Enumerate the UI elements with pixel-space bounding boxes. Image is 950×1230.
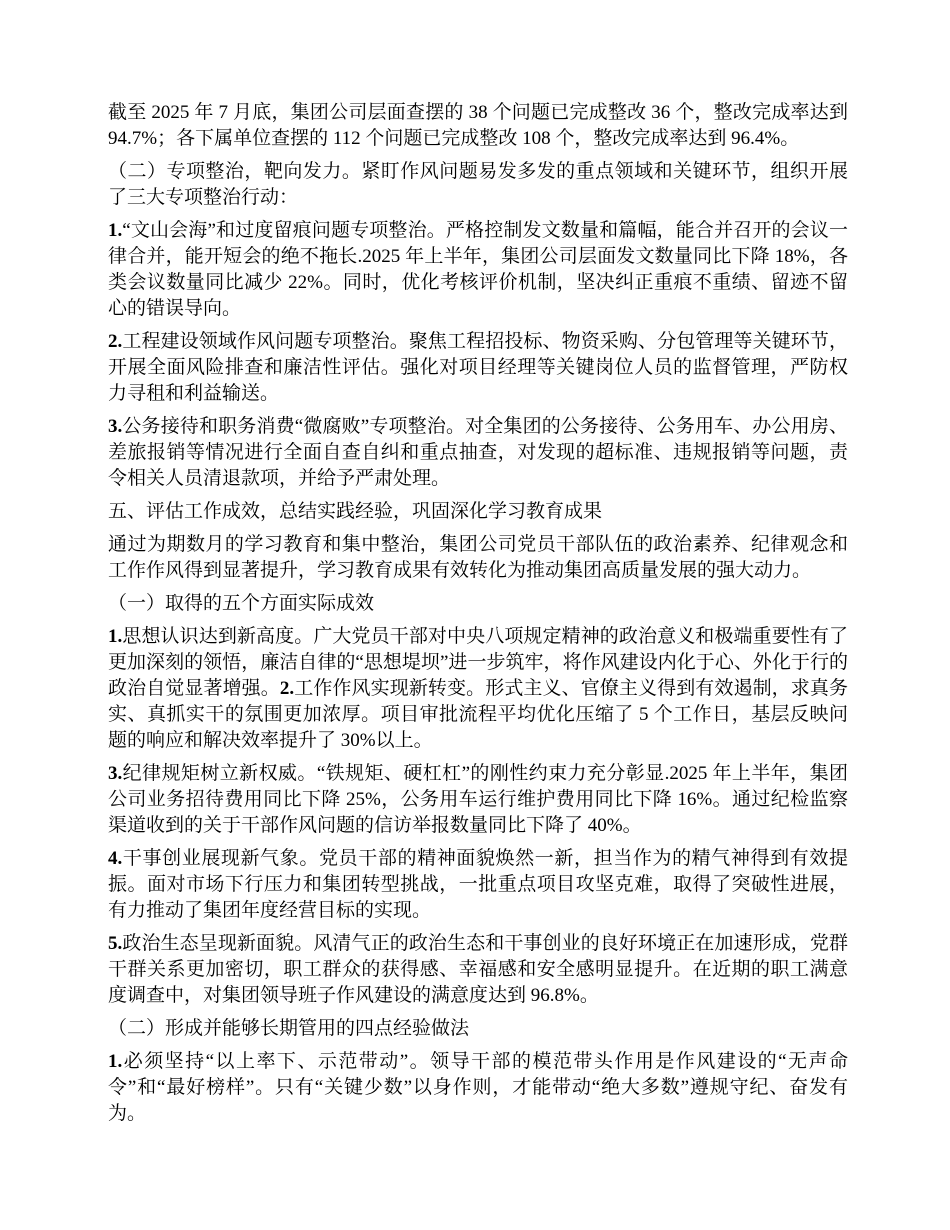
document-paragraph: 1.“文山会海”和过度留痕问题专项整治。严格控制发文数量和篇幅，能合并召开的会议… <box>108 218 848 322</box>
document-paragraph: 截至 2025 年 7 月底，集团公司层面查摆的 38 个问题已完成整改 36 … <box>108 100 848 152</box>
document-paragraph: 通过为期数月的学习教育和集中整治，集团公司党员干部队伍的政治素养、纪律观念和工作… <box>108 532 848 584</box>
text-run: （二）专项整治，靶向发力。紧盯作风问题易发多发的重点领域和关键环节，组织开展了三… <box>108 161 848 208</box>
bold-text-run: 4. <box>108 848 122 869</box>
document-paragraph: 5.政治生态呈现新面貌。风清气正的政治生态和干事创业的良好环境正在加速形成，党群… <box>108 931 848 1009</box>
document-heading-2: （二）专项整治，靶向发力。紧盯作风问题易发多发的重点领域和关键环节，组织开展了三… <box>108 159 848 211</box>
text-run: 必须坚持“以上率下、示范带动”。领导干部的模范带头作用是作风建设的“无声命令”和… <box>108 1051 848 1124</box>
text-run: 干事创业展现新气象。党员干部的精神面貌焕然一新，担当作为的精气神得到有效提振。面… <box>108 848 848 921</box>
document-paragraph: 4.干事创业展现新气象。党员干部的精神面貌焕然一新，担当作为的精气神得到有效提振… <box>108 846 848 924</box>
document-paragraph: 2.工程建设领域作风问题专项整治。聚焦工程招投标、物资采购、分包管理等关键环节，… <box>108 329 848 407</box>
bold-text-run: 2. <box>108 331 122 352</box>
bold-text-run: 3. <box>108 763 122 784</box>
text-run: 截至 2025 年 7 月底，集团公司层面查摆的 38 个问题已完成整改 36 … <box>108 102 848 149</box>
document-content: 截至 2025 年 7 月底，集团公司层面查摆的 38 个问题已完成整改 36 … <box>108 100 848 1134</box>
bold-text-run: 5. <box>108 933 122 954</box>
document-paragraph: 3.纪律规矩树立新权威。“铁规矩、硬杠杠”的刚性约束力充分彰显.2025 年上半… <box>108 761 848 839</box>
document-heading-2: （二）形成并能够长期管用的四点经验做法 <box>108 1016 848 1042</box>
text-run: 纪律规矩树立新权威。“铁规矩、硬杠杠”的刚性约束力充分彰显.2025 年上半年，… <box>108 763 848 836</box>
text-run: 公务接待和职务消费“微腐败”专项整治。对全集团的公务接待、公务用车、办公用房、差… <box>108 416 848 489</box>
document-paragraph: 3.公务接待和职务消费“微腐败”专项整治。对全集团的公务接待、公务用车、办公用房… <box>108 414 848 492</box>
document-paragraph: 1.必须坚持“以上率下、示范带动”。领导干部的模范带头作用是作风建设的“无声命令… <box>108 1049 848 1127</box>
bold-text-run: 1. <box>108 220 122 241</box>
document-heading-1: 五、评估工作成效，总结实践经验，巩固深化学习教育成果 <box>108 499 848 525</box>
text-run: 五、评估工作成效，总结实践经验，巩固深化学习教育成果 <box>108 501 602 522</box>
text-run: （一）取得的五个方面实际成效 <box>108 593 374 614</box>
document-page: 截至 2025 年 7 月底，集团公司层面查摆的 38 个问题已完成整改 36 … <box>0 0 950 1230</box>
bold-text-run: 3. <box>108 416 122 437</box>
document-heading-2: （一）取得的五个方面实际成效 <box>108 591 848 617</box>
text-run: 通过为期数月的学习教育和集中整治，集团公司党员干部队伍的政治素养、纪律观念和工作… <box>108 534 848 581</box>
bold-text-run: 1. <box>108 626 122 647</box>
text-run: 工程建设领域作风问题专项整治。聚焦工程招投标、物资采购、分包管理等关键环节，开展… <box>108 331 848 404</box>
text-run: （二）形成并能够长期管用的四点经验做法 <box>108 1018 469 1039</box>
bold-text-run: 1. <box>108 1051 122 1072</box>
text-run: 政治生态呈现新面貌。风清气正的政治生态和干事创业的良好环境正在加速形成，党群干群… <box>108 933 848 1006</box>
bold-text-run: 2. <box>280 678 294 699</box>
document-paragraph: 1.思想认识达到新高度。广大党员干部对中央八项规定精神的政治意义和极端重要性有了… <box>108 624 848 754</box>
text-run: “文山会海”和过度留痕问题专项整治。严格控制发文数量和篇幅，能合并召开的会议一律… <box>108 220 848 319</box>
